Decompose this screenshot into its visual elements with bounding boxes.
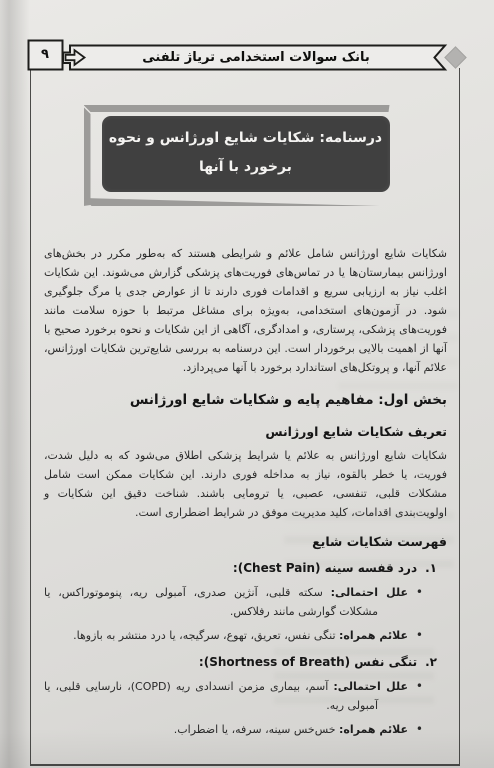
bullet-text: سکته قلبی، آنژین صدری، آمبولی ریه، پنومو… (44, 586, 378, 618)
bullet-list: علل احتمالی: آسم، بیماری مزمن انسدادی ری… (44, 677, 447, 739)
lesson-title-line2: برخورد با آنها (102, 153, 390, 182)
intro-paragraph: شکایات شایع اورژانس شامل علائم و شرایطی … (44, 244, 447, 377)
bullet-icon (408, 720, 423, 739)
page-number: ۹ (28, 40, 62, 69)
scanned-book-page: ۹ بانک سوالات استخدامی تریاژ تلفنی درسنا… (0, 0, 494, 768)
bullet-label: علائم همراه: (339, 723, 408, 736)
section-heading: بخش اول: مفاهیم پایه و شکایات شایع اورژا… (44, 390, 447, 410)
complaint-item-2: ۲. تنگی نفس (Shortness of Breath): (44, 653, 437, 671)
lesson-box-shadow (84, 198, 380, 206)
header-title: بانک سوالات استخدامی تریاژ تلفنی (70, 45, 442, 70)
definition-heading: تعریف شکایات شایع اورژانس (44, 422, 447, 441)
page-edge-shadow (0, 0, 30, 768)
list-heading: فهرست شکایات شایع (44, 532, 447, 551)
lesson-box-shadow (84, 107, 91, 206)
bullet-text: خس‌خس سینه، سرفه، یا اضطراب. (174, 723, 336, 736)
bullet-item: علل احتمالی: سکته قلبی، آنژین صدری، آمبو… (44, 583, 423, 621)
complaint-item-1: ۱. درد قفسه سینه (Chest Pain): (44, 559, 437, 577)
bullet-text: تنگی نفس، تعریق، تهوع، سرگیجه، یا درد من… (73, 629, 335, 642)
lesson-title-box: درسنامه: شکایات شایع اورژانس و نحوه برخو… (102, 116, 390, 192)
bullet-item: علائم همراه: خس‌خس سینه، سرفه، یا اضطراب… (44, 720, 423, 739)
bullet-icon (408, 626, 423, 645)
bullet-label: علل احتمالی: (333, 680, 408, 693)
bullet-item: علائم همراه: تنگی نفس، تعریق، تهوع، سرگی… (44, 626, 423, 645)
bullet-icon (408, 583, 423, 621)
bullet-icon (408, 677, 423, 715)
diamond-icon (445, 47, 466, 68)
lesson-title: درسنامه: شکایات شایع اورژانس و نحوه برخو… (102, 116, 390, 192)
complaint-number: ۱. (425, 559, 437, 577)
complaint-title: درد قفسه سینه (Chest Pain): (233, 559, 417, 577)
bullet-list: علل احتمالی: سکته قلبی، آنژین صدری، آمبو… (44, 583, 447, 645)
bullet-label: علائم همراه: (339, 629, 408, 642)
bullet-item: علل احتمالی: آسم، بیماری مزمن انسدادی ری… (44, 677, 423, 715)
complaint-number: ۲. (425, 653, 437, 671)
page-frame: درسنامه: شکایات شایع اورژانس و نحوه برخو… (30, 68, 460, 766)
lesson-title-line1: درسنامه: شکایات شایع اورژانس و نحوه (102, 124, 390, 153)
lesson-box-shadow (84, 105, 390, 112)
bullet-text: آسم، بیماری مزمن انسدادی ریه (COPD)، نار… (44, 680, 378, 712)
definition-paragraph: شکایات شایع اورژانس به علائم یا شرایط پز… (44, 446, 447, 522)
complaint-title: تنگی نفس (Shortness of Breath): (199, 653, 417, 671)
bullet-label: علل احتمالی: (331, 586, 408, 599)
